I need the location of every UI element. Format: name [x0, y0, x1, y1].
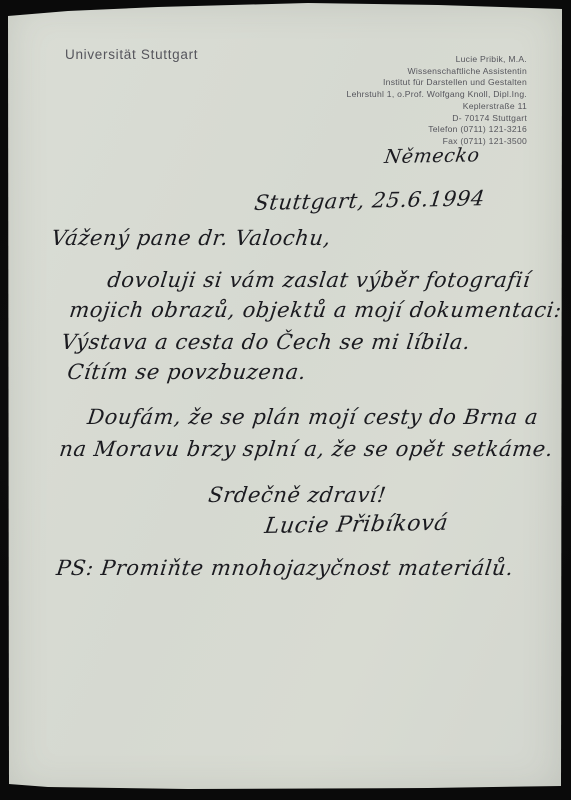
scan-background: Universität Stuttgart Lucie Pribik, M.A.… [0, 0, 571, 800]
handwritten-dateline: Stuttgart, 25.6.1994 [253, 186, 486, 215]
handwritten-salutation: Vážený pane dr. Valochu, [50, 226, 332, 250]
handwritten-body-line: dovoluji si vám zaslat výběr fotografií [106, 268, 532, 292]
handwritten-closing: Srdečně zdraví! [207, 483, 388, 507]
handwritten-body-line: mojich obrazů, objektů a mojí dokumentac… [68, 298, 563, 322]
sender-street-line: Keplerstraße 11 [347, 101, 527, 113]
sender-phone-line: Telefon (0711) 121-3216 [347, 124, 527, 136]
handwritten-body-line: na Moravu brzy splní a, že se opět setká… [58, 437, 555, 461]
handwritten-country-note: Německo [383, 144, 481, 168]
handwritten-body-line: Doufám, že se plán mojí cesty do Brna a [86, 405, 540, 429]
letterhead-university-name: Universität Stuttgart [65, 47, 198, 62]
letter-paper: Universität Stuttgart Lucie Pribik, M.A.… [8, 0, 562, 794]
sender-chair-line: Lehrstuhl 1, o.Prof. Wolfgang Knoll, Dip… [347, 89, 527, 101]
handwritten-postscript: PS: Promiňte mnohojazyčnost materiálů. [55, 556, 515, 580]
handwritten-body-line: Výstava a cesta do Čech se mi líbila. [60, 330, 472, 354]
sender-city-line: D- 70174 Stuttgart [347, 113, 527, 125]
sender-title-line: Wissenschaftliche Assistentin [347, 66, 527, 78]
letterhead-sender-block: Lucie Pribik, M.A. Wissenschaftliche Ass… [347, 54, 527, 148]
handwritten-signature: Lucie Přibíková [263, 511, 450, 539]
handwritten-body-line: Cítím se povzbuzena. [66, 360, 308, 384]
sender-institute-line: Institut für Darstellen und Gestalten [347, 77, 527, 89]
sender-name-line: Lucie Pribik, M.A. [347, 54, 527, 66]
